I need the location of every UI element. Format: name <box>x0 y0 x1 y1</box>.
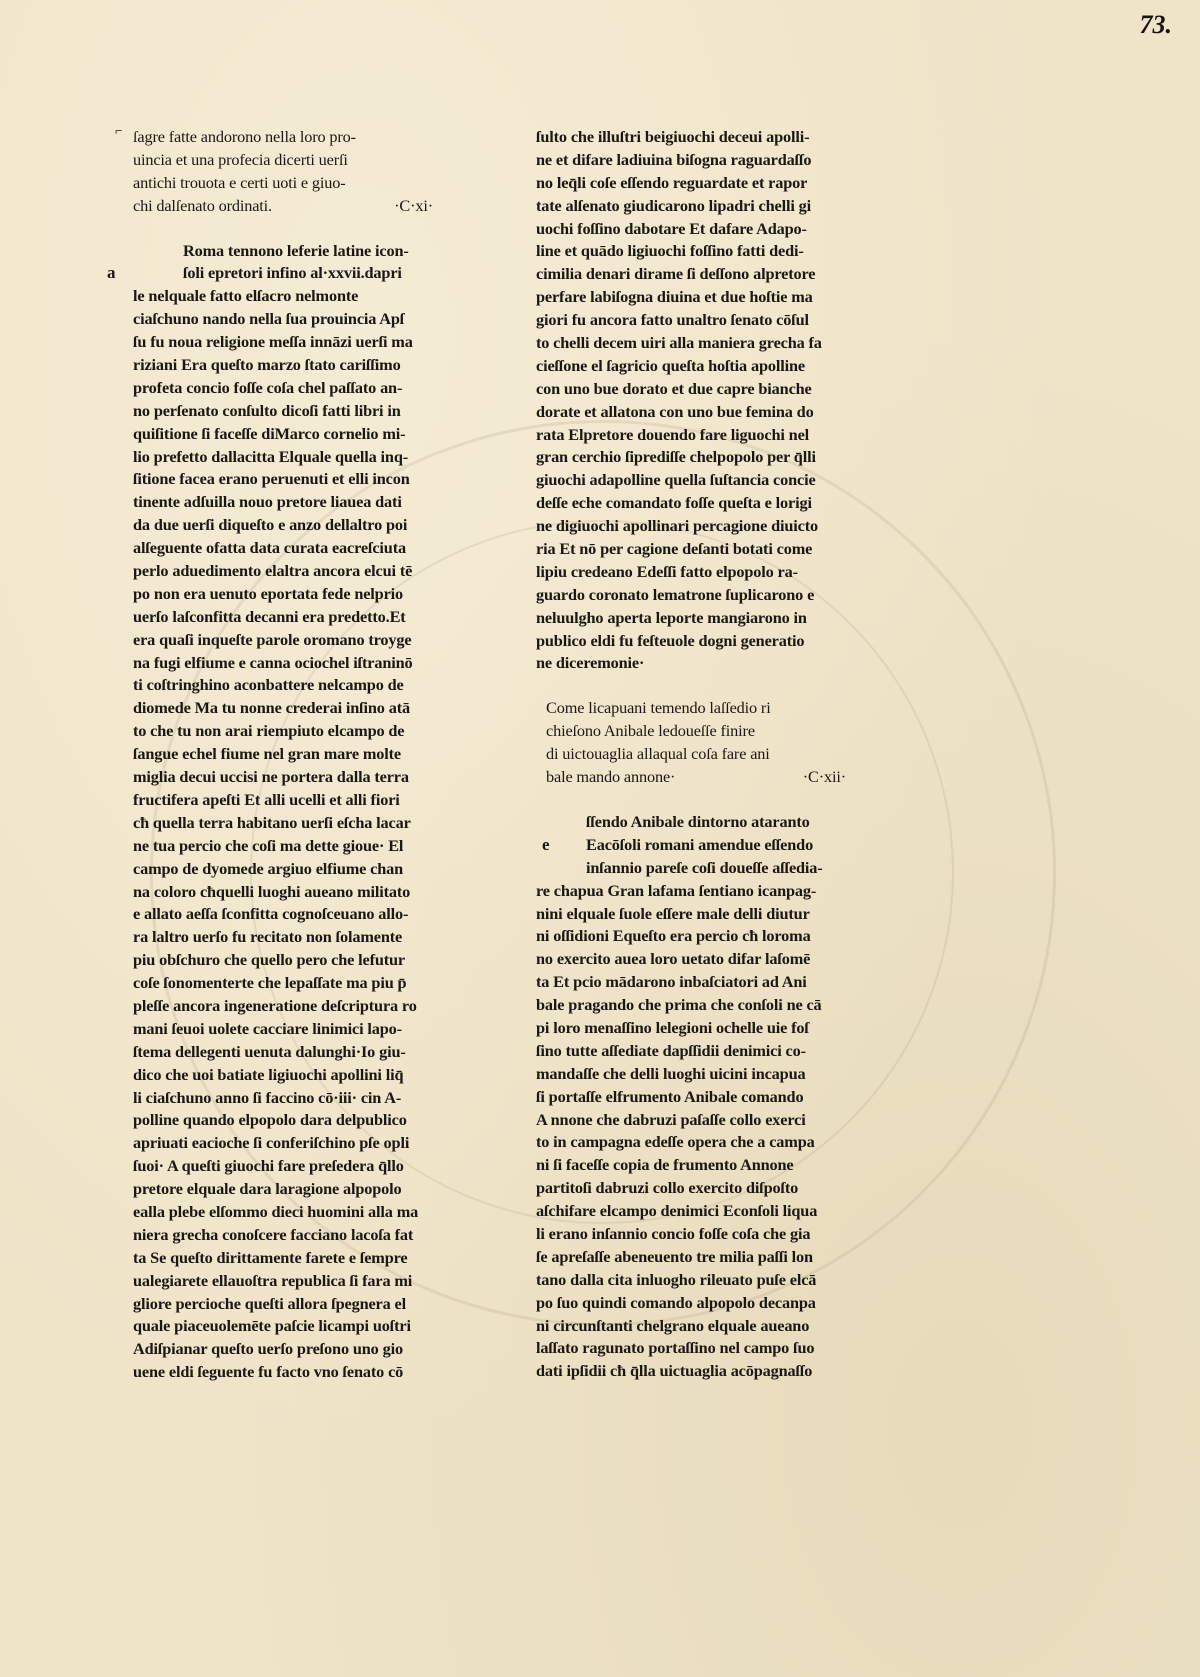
text-line: e allato aeſſa ſconfitta cognoſceuano al… <box>133 903 433 926</box>
guide-letter-initial: e <box>542 834 549 857</box>
text-line: ti coſtringhino aconbattere nelcampo de <box>133 674 433 697</box>
text-line: gran cerchio ſiprediſſe chelpopolo per q… <box>536 446 861 469</box>
text-line: gliore percioche queſti allora ſpegnera … <box>133 1293 433 1316</box>
text-line: ciaſchuno nando nella ſua prouincia Apſ <box>133 308 433 331</box>
text-line: ria Et nō per cagione deſanti botati com… <box>536 538 861 561</box>
text-line: na coloro cħquelli luoghi aueano militat… <box>133 881 433 904</box>
text-line: aſchifare elcampo denimici Econſoli liqu… <box>536 1200 861 1223</box>
text-line: giori fu ancora fatto unaltro ſenato cōſ… <box>536 309 861 332</box>
text-line: pi loro menaſſino lelegioni ochelle uie … <box>536 1017 861 1040</box>
rubric-line-text: bale mando annone· <box>546 767 675 786</box>
text-line: Adiſpianar queſto uerſo preſono uno gio <box>133 1338 433 1361</box>
paragraph-right-top: ſulto che illuſtri beigiuochi deceui apo… <box>536 126 861 675</box>
text-line: miglia decui uccisi ne portera dalla ter… <box>133 766 433 789</box>
text-line: ne tua percio che coſi ma dette gioue· E… <box>133 835 433 858</box>
text-line: to chelli decem uiri alla maniera grecha… <box>536 332 861 355</box>
text-line: ſtema dellegenti uenuta dalunghi·Io giu- <box>133 1041 433 1064</box>
text-line: ne et difare ladiuina biſogna raguardaſſ… <box>536 149 861 172</box>
rubric-line: di uictouaglia allaqual coſa fare ani <box>536 743 861 766</box>
rubric-line: chi dalſenato ordinati. ·C·xi· <box>133 195 433 218</box>
text-line: ta Et pcio mādarono inbaſciatori ad Ani <box>536 971 861 994</box>
text-line: li ciaſchuno anno ſi faccino cō·iii· cin… <box>133 1087 433 1110</box>
spacer <box>536 789 861 811</box>
text-line: nini elquale ſuole eſſere male delli diu… <box>536 903 861 926</box>
text-line: piu obſchuro che quello pero che lefutur <box>133 949 433 972</box>
text-line: mani ſeuoi uolete cacciare linimici lapo… <box>133 1018 433 1041</box>
text-line: giuochi adapolline quella ſuſtancia conc… <box>536 469 861 492</box>
text-line-content: Eacōſoli romani amendue eſſendo <box>586 835 813 854</box>
text-line: li erano inſannio concio foſſe coſa che … <box>536 1223 861 1246</box>
text-line: uochi foſſino dabotare Et dafare Adapo- <box>536 218 861 241</box>
text-line: laſſato ragunato portaſſino nel campo ſu… <box>536 1337 861 1360</box>
text-line: to che tu non arai riempiuto elcampo de <box>133 720 433 743</box>
text-line: rata Elpretore douendo fare liguochi nel <box>536 424 861 447</box>
text-line: alſeguente ofatta data curata eacreſciut… <box>133 537 433 560</box>
text-line: cħ quella terra habitano uerſi eſcha lac… <box>133 812 433 835</box>
text-line: ſi portaſſe elfrumento Anibale comando <box>536 1086 861 1109</box>
text-line: ſangue echel fiume nel gran mare molte <box>133 743 433 766</box>
folio-number: 73. <box>1140 10 1173 40</box>
text-line: dati ipſidii cħ q̄lla uictuaglia acōpagn… <box>536 1360 861 1383</box>
text-line: ſe apreſaſſe abeneuento tre milia paſſi … <box>536 1246 861 1269</box>
text-line: diomede Ma tu nonne crederai inſino atā <box>133 697 433 720</box>
text-line: uerſo laſconfitta decanni era predetto.E… <box>133 606 433 629</box>
text-line: ni oſſidioni Equeſto era percio cħ lorom… <box>536 925 861 948</box>
text-line: tano dalla cita inluogho rileuato puſe e… <box>536 1269 861 1292</box>
text-line: ta Se queſto dirittamente farete e ſempr… <box>133 1247 433 1270</box>
text-line: a ſoli epretori infino al·xxvii.dapri <box>133 262 433 285</box>
text-line: cimilia denari dirame ſi deſſono alpreto… <box>536 263 861 286</box>
text-line: tate alſenato giudicarono lipadri chelli… <box>536 195 861 218</box>
rubric-line: Come licapuani temendo laſſedio ri <box>536 697 861 720</box>
text-line: le nelquale fatto elſacro nelmonte <box>133 285 433 308</box>
text-line: quale piaceuolemēte paſcie licampi uoſtr… <box>133 1315 433 1338</box>
text-line: Roma tennono leferie latine icon- <box>133 240 433 263</box>
rubric-line: ſagre fatte andorono nella loro pro- <box>133 126 433 149</box>
chapter-rubric-xii: Come licapuani temendo laſſedio ri chieſ… <box>536 697 861 789</box>
text-line: re chapua Gran lafama ſentiano icanpag- <box>536 880 861 903</box>
text-line: A nnone che dabruzi paſaſſe collo exerci <box>536 1109 861 1132</box>
text-line: mandaſſe che delli luoghi uicini incapua <box>536 1063 861 1086</box>
text-line: e Eacōſoli romani amendue eſſendo <box>536 834 861 857</box>
text-line: quiſitione ſi faceſſe diMarco cornelio m… <box>133 423 433 446</box>
text-line: po non era uenuto eportata fede nelprio <box>133 583 433 606</box>
text-line: ra laltro uerſo fu recitato non ſolament… <box>133 926 433 949</box>
text-line: con uno bue dorato et due capre bianche <box>536 378 861 401</box>
text-line: ni ſi faceſſe copia de frumento Annone <box>536 1154 861 1177</box>
text-line: no perſenato conſulto dicoſi fatti libri… <box>133 400 433 423</box>
text-line: da due uerſi diqueſto e anzo dellaltro p… <box>133 514 433 537</box>
text-line: partitoſi dabruzi collo exercito diſpoſt… <box>536 1177 861 1200</box>
text-line: line et quādo ligiuochi foſſino fatti de… <box>536 240 861 263</box>
text-line: ne diceremonie· <box>536 652 861 675</box>
text-line: guardo coronato lematrone ſuplicarono e <box>536 584 861 607</box>
rubric-line-text: chi dalſenato ordinati. <box>133 196 272 215</box>
text-line: perfare labiſogna diuina et due hoſtie m… <box>536 286 861 309</box>
text-line: riziani Era queſto marzo ſtato cariſſimo <box>133 354 433 377</box>
text-line: na fugi elfiume e canna ociochel iſtrani… <box>133 652 433 675</box>
text-line: pretore elquale dara laragione alpopolo <box>133 1178 433 1201</box>
text-line: ſuoi· A queſti giuochi fare preſedera q̄… <box>133 1155 433 1178</box>
text-line: inſannio pareſe coſi doueſſe aſſedia- <box>536 857 861 880</box>
text-line: neluulgho aperta leporte mangiarono in <box>536 607 861 630</box>
spacer <box>536 675 861 697</box>
text-line: ni circunſtanti chelgrano elquale aueano <box>536 1315 861 1338</box>
text-line: lio prefetto dallacitta Elquale quella i… <box>133 446 433 469</box>
chapter-number: ·C·xi· <box>394 195 433 218</box>
text-line: fructifera apeſti Et alli ucelli et alli… <box>133 789 433 812</box>
text-line: campo de dyomede argiuo elfiume chan <box>133 858 433 881</box>
text-line: ſulto che illuſtri beigiuochi deceui apo… <box>536 126 861 149</box>
text-line: dorate et allatona con uno bue femina do <box>536 401 861 424</box>
text-line: ealla plebe elſommo dieci huomini alla m… <box>133 1201 433 1224</box>
text-line: ſino tutte aſſediate dapſſidii denimici … <box>536 1040 861 1063</box>
text-line-content: ſoli epretori infino al·xxvii.dapri <box>183 263 402 282</box>
left-column: ⌐ ſagre fatte andorono nella loro pro- u… <box>133 126 433 1384</box>
text-line: uene eldi ſeguente fu facto vno ſenato c… <box>133 1361 433 1384</box>
text-line: ſſendo Anibale dintorno ataranto <box>536 811 861 834</box>
text-line: era quaſi inqueſte parole oromano troyge <box>133 629 433 652</box>
text-line: bale pragando che prima che conſoli ne c… <box>536 994 861 1017</box>
paragraph-right-bottom: ſſendo Anibale dintorno ataranto e Eacōſ… <box>536 811 861 1383</box>
text-line: ualegiarete ellauoſtra republica ſi fara… <box>133 1270 433 1293</box>
rubric-line: bale mando annone· ·C·xii· <box>536 766 846 789</box>
text-line: cieſſone el ſagricio queſta hoſtia apoll… <box>536 355 861 378</box>
rubric-line: uincia et una profecia dicerti uerſi <box>133 149 433 172</box>
paragraph-left: Roma tennono leferie latine icon- a ſoli… <box>133 240 433 1385</box>
text-line: ne digiuochi apollinari percagione diuic… <box>536 515 861 538</box>
chapter-rubric-xi: ⌐ ſagre fatte andorono nella loro pro- u… <box>133 126 433 218</box>
rubric-line: chieſono Anibale ledoueſſe finire <box>536 720 861 743</box>
text-line: ſitione facea erano peruenuti et elli in… <box>133 468 433 491</box>
spacer <box>133 218 433 240</box>
text-line: polline quando elpopolo dara delpublico <box>133 1109 433 1132</box>
right-column: ſulto che illuſtri beigiuochi deceui apo… <box>536 126 861 1383</box>
rubric-line: antichi trouota e certi uoti e giuo- <box>133 172 433 195</box>
text-line: deſſe eche comandato foſſe queſta e lori… <box>536 492 861 515</box>
text-line: tinente adſuilla nouo pretore liauea dat… <box>133 491 433 514</box>
text-line: no leq̄li coſe eſſendo reguardate et rap… <box>536 172 861 195</box>
guide-mark: ⌐ <box>115 120 122 143</box>
text-line: profeta concio foſſe coſa chel paſſato a… <box>133 377 433 400</box>
text-line: apriuati eacioche ſi conferiſchino pſe o… <box>133 1132 433 1155</box>
text-line: lipiu credeano Edeſſi fatto elpopolo ra- <box>536 561 861 584</box>
text-line: ſu fu noua religione meſſa innāzi uerſi … <box>133 331 433 354</box>
text-line: no exercito auea loro uetato difar laſom… <box>536 948 861 971</box>
text-line: publico eldi fu feſteuole dogni generati… <box>536 630 861 653</box>
text-line: coſe ſonomenterte che lepaſſate ma piu p… <box>133 972 433 995</box>
text-line: dico che uoi batiate ligiuochi apollini … <box>133 1064 433 1087</box>
text-line: po ſuo quindi comando alpopolo decanpa <box>536 1292 861 1315</box>
text-line: to in campagna edeſſe opera che a campa <box>536 1131 861 1154</box>
chapter-number: ·C·xii· <box>803 766 846 789</box>
guide-letter-initial: a <box>107 262 115 285</box>
text-line: pleſſe ancora ingeneratione deſcriptura … <box>133 995 433 1018</box>
text-line: niera grecha conoſcere facciano lacoſa f… <box>133 1224 433 1247</box>
text-line: perlo aduedimento elaltra ancora elcui t… <box>133 560 433 583</box>
